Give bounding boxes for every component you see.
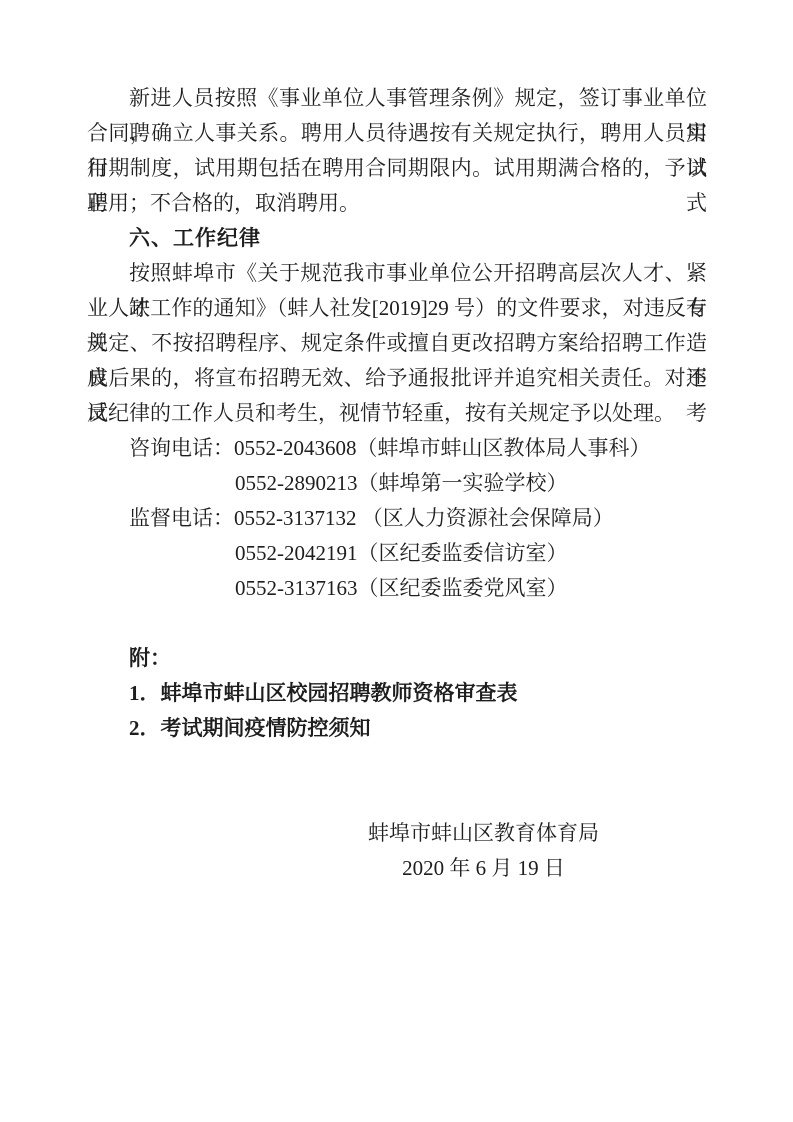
paragraph-discipline: 按照蚌埠市《关于规范我市事业单位公开招聘高层次人才、紧缺专 业人才工作的通知》（… <box>87 256 707 431</box>
signature-block: 蚌埠市蚌山区教育体育局 2020 年 6 月 19 日 <box>368 816 599 886</box>
paragraph-line: 良后果的，将宣布招聘无效、给予通报批评并追究相关责任。对违反考 <box>87 361 707 396</box>
contact-list: 咨询电话：0552-2043608（蚌埠市蚌山区教体局人事科） 0552-289… <box>87 431 707 606</box>
paragraph-line: 合同，确立人事关系。聘用人员待遇按有关规定执行，聘用人员实行试 <box>87 116 707 151</box>
signature-date: 2020 年 6 月 19 日 <box>368 851 599 886</box>
paragraph-line: 规定、不按招聘程序、规定条件或擅自更改招聘方案给招聘工作造成不 <box>87 326 707 361</box>
paragraph-line: 业人才工作的通知》（蚌人社发[2019]29 号）的文件要求，对违反有关 <box>87 291 707 326</box>
document-page: 新进人员按照《事业单位人事管理条例》规定，签订事业单位聘用 合同，确立人事关系。… <box>0 0 793 1122</box>
contact-line-consult-2: 0552-2890213（蚌埠第一实验学校） <box>87 466 707 501</box>
paragraph-line: 新进人员按照《事业单位人事管理条例》规定，签订事业单位聘用 <box>87 81 707 116</box>
contact-line-supervise-1: 监督电话：0552-3137132 （区人力资源社会保障局） <box>87 501 707 536</box>
section-heading: 六、工作纪律 <box>87 221 707 256</box>
attachment-item: 1．蚌埠市蚌山区校园招聘教师资格审查表 <box>87 676 707 711</box>
paragraph-line: 按照蚌埠市《关于规范我市事业单位公开招聘高层次人才、紧缺专 <box>87 256 707 291</box>
attachment-item: 2．考试期间疫情防控须知 <box>87 711 707 746</box>
attachment-list: 附： 1．蚌埠市蚌山区校园招聘教师资格审查表 2．考试期间疫情防控须知 <box>87 641 707 746</box>
contact-line-consult-1: 咨询电话：0552-2043608（蚌埠市蚌山区教体局人事科） <box>87 431 707 466</box>
paragraph-line: 试纪律的工作人员和考生，视情节轻重，按有关规定予以处理。 <box>87 396 707 431</box>
contact-line-supervise-3: 0552-3137163（区纪委监委党风室） <box>87 571 707 606</box>
blank-space <box>87 606 707 641</box>
attachment-label: 附： <box>87 641 707 676</box>
contact-line-supervise-2: 0552-2042191（区纪委监委信访室） <box>87 536 707 571</box>
blank-space <box>87 746 707 816</box>
paragraph-employment: 新进人员按照《事业单位人事管理条例》规定，签订事业单位聘用 合同，确立人事关系。… <box>87 81 707 221</box>
paragraph-line: 用期制度，试用期包括在聘用合同期限内。试用期满合格的，予以正式 <box>87 151 707 186</box>
signature-organization: 蚌埠市蚌山区教育体育局 <box>368 816 599 851</box>
